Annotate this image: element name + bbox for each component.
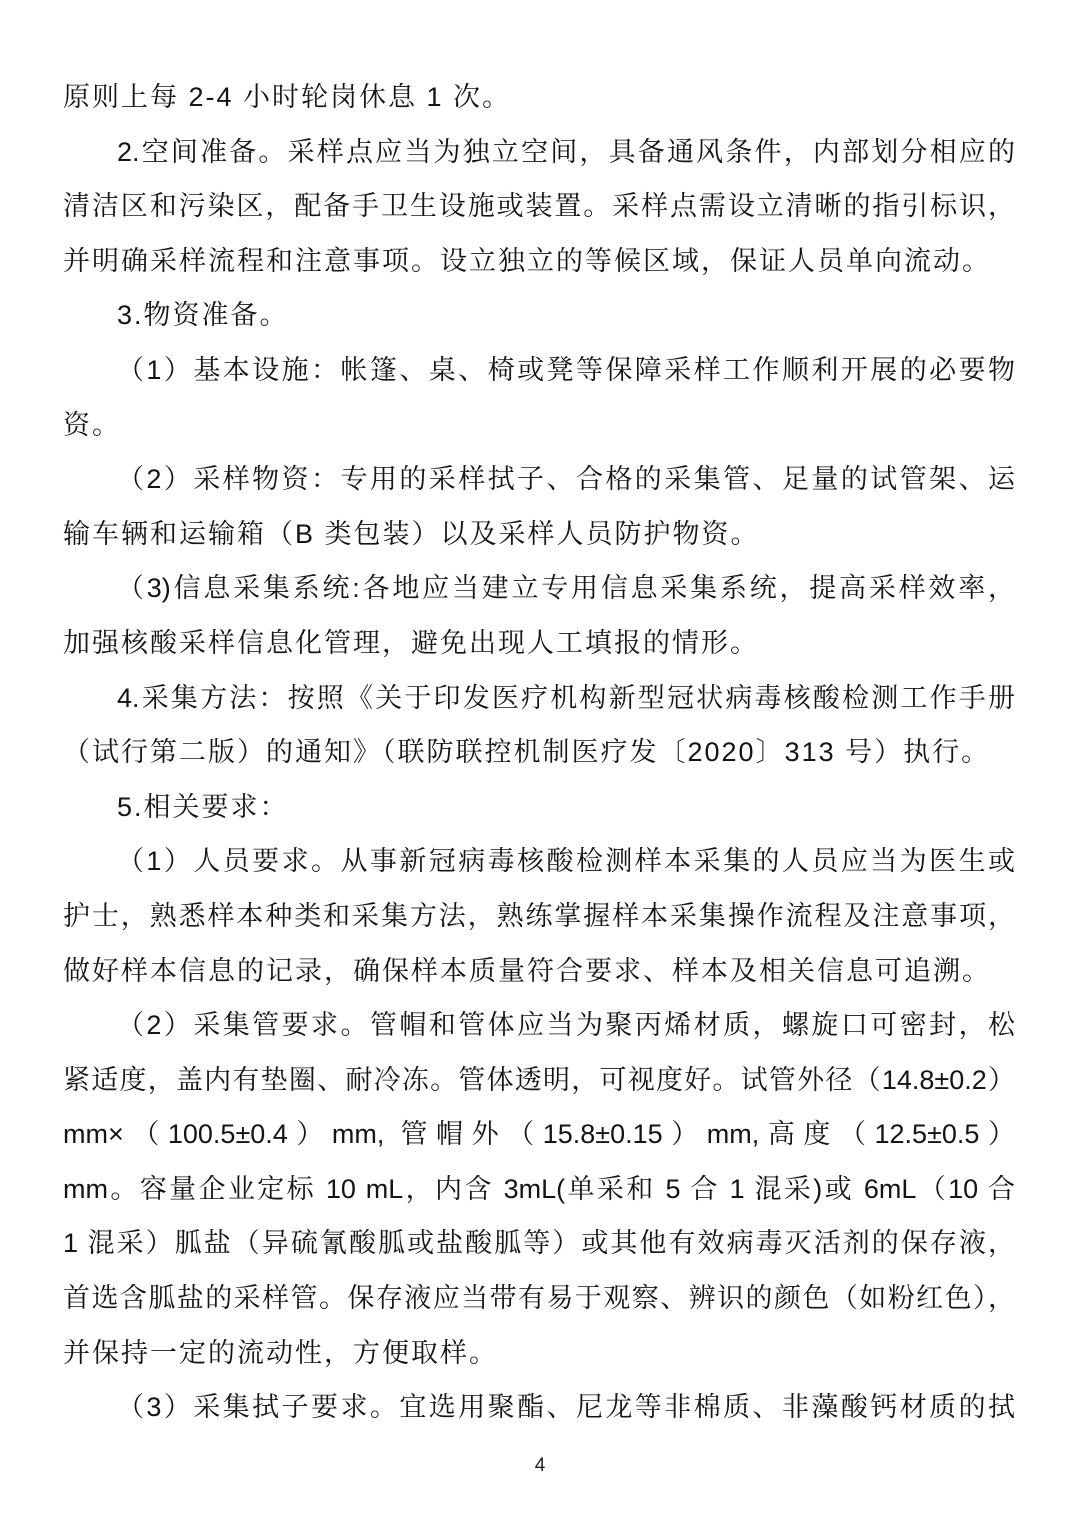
text-line: （3)信息采集系统:各地应当建立专用信息采集系统，提高采样效率，: [63, 561, 1015, 616]
text-line: mm×（100.5±0.4）mm, 管帽外（15.8±0.15）mm,高度（12…: [63, 1107, 1015, 1162]
text-line: 清洁区和污染区，配备手卫生设施或装置。采样点需设立清晰的指引标识，: [63, 179, 1015, 234]
text-line: 做好样本信息的记录，确保样本质量符合要求、样本及相关信息可追溯。: [63, 944, 1015, 999]
text-line: 资。: [63, 398, 1015, 453]
text-line: （试行第二版）的通知》（联防联控机制医疗发〔2020〕313 号）执行。: [63, 725, 1015, 780]
text-line: 护士，熟悉样本种类和采集方法，熟练掌握样本采集操作流程及注意事项，: [63, 889, 1015, 944]
text-line: 加强核酸采样信息化管理，避免出现人工填报的情形。: [63, 616, 1015, 671]
text-line: mm。容量企业定标 10 mL，内含 3mL(单采和 5 合 1 混采)或 6m…: [63, 1162, 1015, 1217]
text-line: 输车辆和运输箱（B 类包装）以及采样人员防护物资。: [63, 507, 1015, 562]
text-line: （1）人员要求。从事新冠病毒核酸检测样本采集的人员应当为医生或: [63, 834, 1015, 889]
text-line: （1）基本设施：帐篷、桌、椅或凳等保障采样工作顺利开展的必要物: [63, 343, 1015, 398]
page-number: 4: [0, 1455, 1080, 1477]
text-line: 并明确采样流程和注意事项。设立独立的等候区域，保证人员单向流动。: [63, 234, 1015, 289]
text-line: 4.采集方法：按照《关于印发医疗机构新型冠状病毒核酸检测工作手册: [63, 671, 1015, 726]
text-line: （2）采样物资：专用的采样拭子、合格的采集管、足量的试管架、运: [63, 452, 1015, 507]
document-page: 原则上每 2-4 小时轮岗休息 1 次。 2.空间准备。采样点应当为独立空间，具…: [0, 0, 1080, 1527]
text-line: （3）采集拭子要求。宜选用聚酯、尼龙等非棉质、非藻酸钙材质的拭: [63, 1380, 1015, 1435]
page-body-text: 原则上每 2-4 小时轮岗休息 1 次。 2.空间准备。采样点应当为独立空间，具…: [63, 70, 1015, 1435]
text-line: （2）采集管要求。管帽和管体应当为聚丙烯材质，螺旋口可密封，松: [63, 998, 1015, 1053]
text-line: 5.相关要求：: [63, 780, 1015, 835]
text-line: 首选含胍盐的采样管。保存液应当带有易于观察、辨识的颜色（如粉红色），: [63, 1271, 1015, 1326]
text-line: 原则上每 2-4 小时轮岗休息 1 次。: [63, 70, 1015, 125]
text-line: 3.物资准备。: [63, 288, 1015, 343]
text-line: 2.空间准备。采样点应当为独立空间，具备通风条件，内部划分相应的: [63, 125, 1015, 180]
text-line: 并保持一定的流动性，方便取样。: [63, 1326, 1015, 1381]
text-line: 紧适度，盖内有垫圈、耐冷冻。管体透明，可视度好。试管外径（14.8±0.2）: [63, 1053, 1015, 1108]
text-line: 1 混采）胍盐（异硫氰酸胍或盐酸胍等）或其他有效病毒灭活剂的保存液，: [63, 1216, 1015, 1271]
